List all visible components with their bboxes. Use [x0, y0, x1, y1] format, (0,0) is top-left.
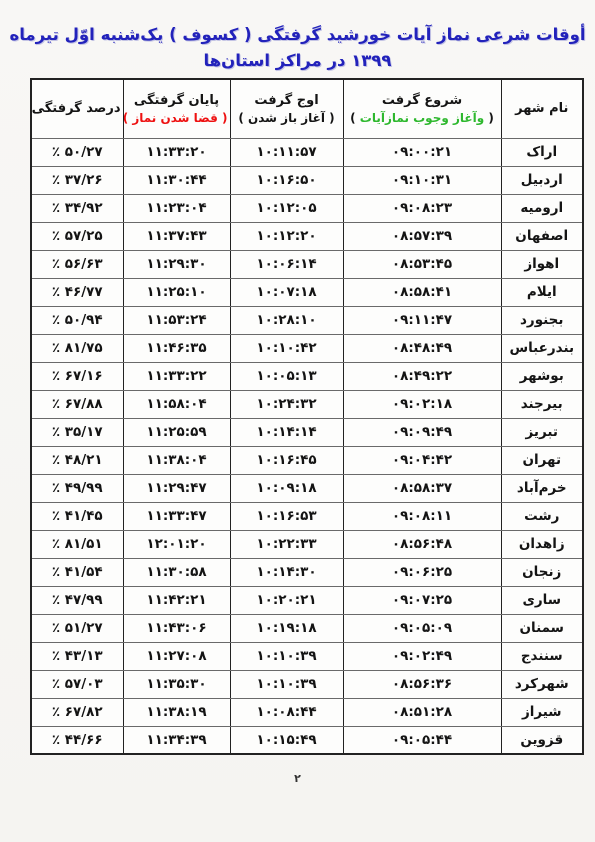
percent-cell: ٪ ۵۷/۰۳	[31, 670, 123, 698]
header-end: پایان گرفتگی ( قضا شدن نماز )	[123, 79, 230, 138]
page-number: ۲	[0, 772, 595, 785]
header-start-sub: ( وآغاز وجوب نمازآیات )	[346, 110, 499, 126]
end-time-cell: ۱۱:۲۹:۴۷	[123, 474, 230, 502]
city-cell: اردبیل	[501, 166, 583, 194]
start-time-cell: ۰۸:۵۱:۲۸	[343, 698, 501, 726]
table-row: خرم‌آباد۰۸:۵۸:۳۷۱۰:۰۹:۱۸۱۱:۲۹:۴۷٪ ۴۹/۹۹	[31, 474, 583, 502]
table-row: زنجان۰۹:۰۶:۲۵۱۰:۱۴:۳۰۱۱:۳۰:۵۸٪ ۴۱/۵۴	[31, 558, 583, 586]
city-cell: ساری	[501, 586, 583, 614]
paren-open: (	[488, 111, 493, 125]
table-row: تهران۰۹:۰۴:۴۲۱۰:۱۶:۴۵۱۱:۳۸:۰۴٪ ۴۸/۲۱	[31, 446, 583, 474]
peak-time-cell: ۱۰:۱۶:۵۳	[230, 502, 343, 530]
peak-time-cell: ۱۰:۱۱:۵۷	[230, 138, 343, 166]
start-time-cell: ۰۸:۴۹:۲۲	[343, 362, 501, 390]
header-percent-label: درصد گرفتگی	[34, 99, 121, 119]
table-row: ارومیه۰۹:۰۸:۲۳۱۰:۱۲:۰۵۱۱:۲۳:۰۴٪ ۳۴/۹۲	[31, 194, 583, 222]
city-cell: خرم‌آباد	[501, 474, 583, 502]
peak-time-cell: ۱۰:۱۵:۴۹	[230, 726, 343, 754]
table-row: شیراز۰۸:۵۱:۲۸۱۰:۰۸:۴۴۱۱:۳۸:۱۹٪ ۶۷/۸۲	[31, 698, 583, 726]
peak-time-cell: ۱۰:۲۸:۱۰	[230, 306, 343, 334]
peak-time-cell: ۱۰:۱۴:۳۰	[230, 558, 343, 586]
percent-cell: ٪ ۶۷/۸۲	[31, 698, 123, 726]
percent-cell: ٪ ۸۱/۷۵	[31, 334, 123, 362]
table-row: اراک۰۹:۰۰:۲۱۱۰:۱۱:۵۷۱۱:۳۳:۲۰٪ ۵۰/۲۷	[31, 138, 583, 166]
page-title: أوقات شرعی نماز آیات خورشید گرفتگی ( کسو…	[0, 22, 595, 73]
city-cell: شهرکرد	[501, 670, 583, 698]
peak-time-cell: ۱۰:۰۶:۱۴	[230, 250, 343, 278]
end-time-cell: ۱۱:۳۳:۲۲	[123, 362, 230, 390]
header-peak: اوج گرفت ( آغاز باز شدن )	[230, 79, 343, 138]
percent-cell: ٪ ۳۵/۱۷	[31, 418, 123, 446]
end-time-cell: ۱۱:۳۳:۲۰	[123, 138, 230, 166]
percent-cell: ٪ ۴۶/۷۷	[31, 278, 123, 306]
end-time-cell: ۱۱:۲۹:۳۰	[123, 250, 230, 278]
end-time-cell: ۱۱:۲۵:۵۹	[123, 418, 230, 446]
header-end-sub: ( قضا شدن نماز )	[126, 110, 228, 126]
end-time-cell: ۱۱:۴۳:۰۶	[123, 614, 230, 642]
eclipse-table-body: اراک۰۹:۰۰:۲۱۱۰:۱۱:۵۷۱۱:۳۳:۲۰٪ ۵۰/۲۷اردبی…	[31, 138, 583, 754]
start-time-cell: ۰۹:۰۴:۴۲	[343, 446, 501, 474]
city-cell: بیرجند	[501, 390, 583, 418]
end-time-cell: ۱۱:۳۳:۴۷	[123, 502, 230, 530]
table-row: رشت۰۹:۰۸:۱۱۱۰:۱۶:۵۳۱۱:۳۳:۴۷٪ ۴۱/۴۵	[31, 502, 583, 530]
start-time-cell: ۰۹:۱۱:۴۷	[343, 306, 501, 334]
table-header: نام شهر شروع گرفت ( وآغاز وجوب نمازآیات …	[31, 79, 583, 138]
peak-time-cell: ۱۰:۱۲:۰۵	[230, 194, 343, 222]
end-time-cell: ۱۱:۵۸:۰۴	[123, 390, 230, 418]
table-row: اصفهان۰۸:۵۷:۳۹۱۰:۱۲:۲۰۱۱:۳۷:۴۳٪ ۵۷/۲۵	[31, 222, 583, 250]
city-cell: بجنورد	[501, 306, 583, 334]
peak-time-cell: ۱۰:۲۰:۲۱	[230, 586, 343, 614]
city-cell: اصفهان	[501, 222, 583, 250]
start-time-cell: ۰۹:۱۰:۳۱	[343, 166, 501, 194]
start-time-cell: ۰۸:۵۳:۴۵	[343, 250, 501, 278]
start-time-cell: ۰۹:۰۹:۴۹	[343, 418, 501, 446]
city-cell: تهران	[501, 446, 583, 474]
start-time-cell: ۰۹:۰۲:۱۸	[343, 390, 501, 418]
peak-time-cell: ۱۰:۱۲:۲۰	[230, 222, 343, 250]
percent-cell: ٪ ۳۷/۲۶	[31, 166, 123, 194]
city-cell: بوشهر	[501, 362, 583, 390]
start-time-cell: ۰۹:۰۶:۲۵	[343, 558, 501, 586]
header-peak-label: اوج گرفت	[233, 91, 341, 111]
city-cell: اراک	[501, 138, 583, 166]
percent-cell: ٪ ۵۰/۹۴	[31, 306, 123, 334]
city-cell: ایلام	[501, 278, 583, 306]
header-city: نام شهر	[501, 79, 583, 138]
header-start-label: شروع گرفت	[346, 91, 499, 111]
end-time-cell: ۱۱:۲۷:۰۸	[123, 642, 230, 670]
end-time-cell: ۱۱:۳۸:۱۹	[123, 698, 230, 726]
peak-time-cell: ۱۰:۱۴:۱۴	[230, 418, 343, 446]
end-time-cell: ۱۱:۳۵:۳۰	[123, 670, 230, 698]
start-time-cell: ۰۸:۵۸:۳۷	[343, 474, 501, 502]
city-cell: تبریز	[501, 418, 583, 446]
city-cell: ارومیه	[501, 194, 583, 222]
start-time-cell: ۰۸:۵۶:۴۸	[343, 530, 501, 558]
header-city-label: نام شهر	[504, 99, 581, 119]
percent-cell: ٪ ۸۱/۵۱	[31, 530, 123, 558]
start-time-cell: ۰۹:۰۸:۲۳	[343, 194, 501, 222]
table-row: بجنورد۰۹:۱۱:۴۷۱۰:۲۸:۱۰۱۱:۵۳:۲۴٪ ۵۰/۹۴	[31, 306, 583, 334]
end-time-cell: ۱۱:۴۶:۳۵	[123, 334, 230, 362]
peak-time-cell: ۱۰:۱۶:۴۵	[230, 446, 343, 474]
start-time-cell: ۰۸:۵۸:۴۱	[343, 278, 501, 306]
start-time-cell: ۰۸:۴۸:۴۹	[343, 334, 501, 362]
start-time-cell: ۰۹:۰۵:۰۹	[343, 614, 501, 642]
end-time-cell: ۱۱:۳۰:۵۸	[123, 558, 230, 586]
table-row: تبریز۰۹:۰۹:۴۹۱۰:۱۴:۱۴۱۱:۲۵:۵۹٪ ۳۵/۱۷	[31, 418, 583, 446]
peak-time-cell: ۱۰:۱۰:۳۹	[230, 642, 343, 670]
percent-cell: ٪ ۴۷/۹۹	[31, 586, 123, 614]
header-end-label: پایان گرفتگی	[126, 91, 228, 111]
end-time-cell: ۱۱:۵۳:۲۴	[123, 306, 230, 334]
table-row: زاهدان۰۸:۵۶:۴۸۱۰:۲۲:۳۳۱۲:۰۱:۲۰٪ ۸۱/۵۱	[31, 530, 583, 558]
header-row: نام شهر شروع گرفت ( وآغاز وجوب نمازآیات …	[31, 79, 583, 138]
end-time-cell: ۱۱:۳۰:۴۴	[123, 166, 230, 194]
percent-cell: ٪ ۴۹/۹۹	[31, 474, 123, 502]
percent-cell: ٪ ۴۴/۶۶	[31, 726, 123, 754]
city-cell: زاهدان	[501, 530, 583, 558]
table-row: اهواز۰۸:۵۳:۴۵۱۰:۰۶:۱۴۱۱:۲۹:۳۰٪ ۵۶/۶۳	[31, 250, 583, 278]
peak-time-cell: ۱۰:۰۷:۱۸	[230, 278, 343, 306]
peak-time-cell: ۱۰:۱۹:۱۸	[230, 614, 343, 642]
peak-time-cell: ۱۰:۱۰:۴۲	[230, 334, 343, 362]
eclipse-times-table: نام شهر شروع گرفت ( وآغاز وجوب نمازآیات …	[30, 78, 584, 755]
peak-time-cell: ۱۰:۰۹:۱۸	[230, 474, 343, 502]
start-time-cell: ۰۹:۰۸:۱۱	[343, 502, 501, 530]
header-peak-sub: ( آغاز باز شدن )	[233, 110, 341, 126]
table-row: قزوین۰۹:۰۵:۴۴۱۰:۱۵:۴۹۱۱:۳۴:۳۹٪ ۴۴/۶۶	[31, 726, 583, 754]
percent-cell: ٪ ۴۱/۵۴	[31, 558, 123, 586]
start-time-cell: ۰۹:۰۰:۲۱	[343, 138, 501, 166]
peak-time-cell: ۱۰:۱۶:۵۰	[230, 166, 343, 194]
table-row: بیرجند۰۹:۰۲:۱۸۱۰:۲۴:۳۲۱۱:۵۸:۰۴٪ ۶۷/۸۸	[31, 390, 583, 418]
header-percent: درصد گرفتگی	[31, 79, 123, 138]
end-time-cell: ۱۱:۳۷:۴۳	[123, 222, 230, 250]
start-time-cell: ۰۹:۰۲:۴۹	[343, 642, 501, 670]
table-row: شهرکرد۰۸:۵۶:۳۶۱۰:۱۰:۳۹۱۱:۳۵:۳۰٪ ۵۷/۰۳	[31, 670, 583, 698]
start-time-cell: ۰۸:۵۶:۳۶	[343, 670, 501, 698]
percent-cell: ٪ ۴۱/۴۵	[31, 502, 123, 530]
end-time-cell: ۱۱:۲۵:۱۰	[123, 278, 230, 306]
peak-time-cell: ۱۰:۰۸:۴۴	[230, 698, 343, 726]
start-time-cell: ۰۹:۰۷:۲۵	[343, 586, 501, 614]
percent-cell: ٪ ۵۷/۲۵	[31, 222, 123, 250]
city-cell: بندرعباس	[501, 334, 583, 362]
peak-time-cell: ۱۰:۰۵:۱۳	[230, 362, 343, 390]
city-cell: سنندج	[501, 642, 583, 670]
city-cell: شیراز	[501, 698, 583, 726]
city-cell: رشت	[501, 502, 583, 530]
percent-cell: ٪ ۵۶/۶۳	[31, 250, 123, 278]
end-time-cell: ۱۱:۴۲:۲۱	[123, 586, 230, 614]
end-time-cell: ۱۱:۳۸:۰۴	[123, 446, 230, 474]
percent-cell: ٪ ۳۴/۹۲	[31, 194, 123, 222]
table-row: ساری۰۹:۰۷:۲۵۱۰:۲۰:۲۱۱۱:۴۲:۲۱٪ ۴۷/۹۹	[31, 586, 583, 614]
city-cell: اهواز	[501, 250, 583, 278]
percent-cell: ٪ ۴۳/۱۳	[31, 642, 123, 670]
end-time-cell: ۱۱:۲۳:۰۴	[123, 194, 230, 222]
scanned-page: أوقات شرعی نماز آیات خورشید گرفتگی ( کسو…	[0, 0, 595, 842]
table-row: ایلام۰۸:۵۸:۴۱۱۰:۰۷:۱۸۱۱:۲۵:۱۰٪ ۴۶/۷۷	[31, 278, 583, 306]
peak-time-cell: ۱۰:۲۲:۳۳	[230, 530, 343, 558]
percent-cell: ٪ ۶۷/۱۶	[31, 362, 123, 390]
percent-cell: ٪ ۶۷/۸۸	[31, 390, 123, 418]
start-time-cell: ۰۸:۵۷:۳۹	[343, 222, 501, 250]
paren-close: )	[350, 111, 355, 125]
peak-time-cell: ۱۰:۲۴:۳۲	[230, 390, 343, 418]
peak-time-cell: ۱۰:۱۰:۳۹	[230, 670, 343, 698]
percent-cell: ٪ ۵۱/۲۷	[31, 614, 123, 642]
header-start: شروع گرفت ( وآغاز وجوب نمازآیات )	[343, 79, 501, 138]
header-start-sub-green: وآغاز وجوب نمازآیات	[360, 111, 484, 125]
city-cell: سمنان	[501, 614, 583, 642]
percent-cell: ٪ ۵۰/۲۷	[31, 138, 123, 166]
table-row: اردبیل۰۹:۱۰:۳۱۱۰:۱۶:۵۰۱۱:۳۰:۴۴٪ ۳۷/۲۶	[31, 166, 583, 194]
city-cell: زنجان	[501, 558, 583, 586]
city-cell: قزوین	[501, 726, 583, 754]
end-time-cell: ۱۱:۳۴:۳۹	[123, 726, 230, 754]
end-time-cell: ۱۲:۰۱:۲۰	[123, 530, 230, 558]
table-row: سمنان۰۹:۰۵:۰۹۱۰:۱۹:۱۸۱۱:۴۳:۰۶٪ ۵۱/۲۷	[31, 614, 583, 642]
table-row: بندرعباس۰۸:۴۸:۴۹۱۰:۱۰:۴۲۱۱:۴۶:۳۵٪ ۸۱/۷۵	[31, 334, 583, 362]
percent-cell: ٪ ۴۸/۲۱	[31, 446, 123, 474]
table-row: بوشهر۰۸:۴۹:۲۲۱۰:۰۵:۱۳۱۱:۳۳:۲۲٪ ۶۷/۱۶	[31, 362, 583, 390]
start-time-cell: ۰۹:۰۵:۴۴	[343, 726, 501, 754]
table-row: سنندج۰۹:۰۲:۴۹۱۰:۱۰:۳۹۱۱:۲۷:۰۸٪ ۴۳/۱۳	[31, 642, 583, 670]
